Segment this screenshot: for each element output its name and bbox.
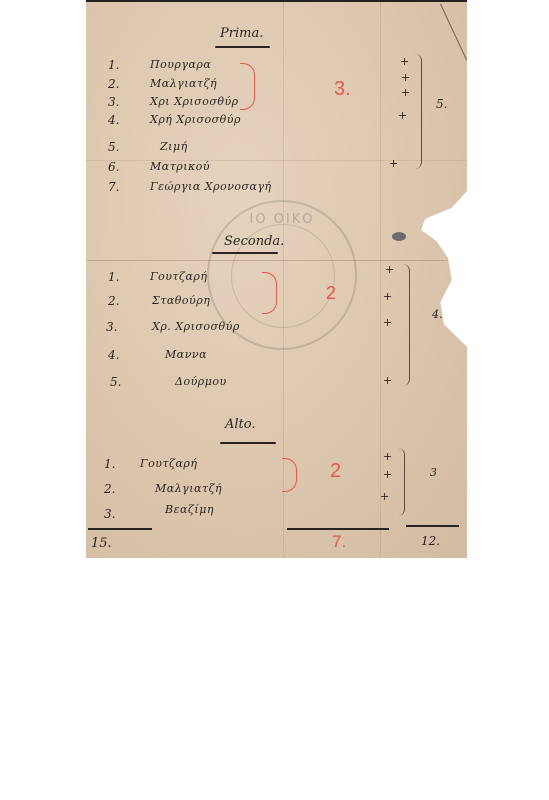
fold-line <box>380 2 381 558</box>
red-bracket <box>282 458 297 492</box>
red-bracket <box>240 63 255 110</box>
item-name: Πουργαρα <box>150 58 211 71</box>
item-number: 5. <box>108 140 119 154</box>
cross-mark: + <box>398 109 407 122</box>
red-count: 2 <box>330 460 341 483</box>
ink-bracket <box>403 264 410 386</box>
item-number: 2. <box>108 77 119 91</box>
cross-mark: + <box>383 290 392 303</box>
total-rule <box>88 528 152 530</box>
total-rule <box>406 525 459 527</box>
item-name: Μαλγιατζή <box>155 482 222 495</box>
item-name: Σταθούρη <box>152 294 210 307</box>
red-bracket <box>262 272 277 314</box>
item-number: 4. <box>108 113 119 127</box>
item-number: 3. <box>108 95 119 109</box>
item-name: Βεαζίμη <box>165 503 214 516</box>
item-number: 2. <box>108 294 119 308</box>
fold-line <box>86 160 467 161</box>
section-title-seconda: Seconda. <box>224 234 284 249</box>
ink-bracket <box>415 54 422 169</box>
total-right: 12. <box>421 534 440 548</box>
red-count: 2 <box>326 283 336 304</box>
item-name: Ζιμή <box>160 140 188 153</box>
item-name: Γεώργια Χρονοσαγή <box>150 180 272 193</box>
item-number: 3. <box>106 320 117 334</box>
cross-mark: + <box>383 468 392 481</box>
item-name: Γουτζαρή <box>140 457 197 470</box>
item-number: 4. <box>108 348 119 362</box>
item-name: Χρι Χρισοσθύρ <box>150 95 239 108</box>
item-number: 3. <box>104 507 115 521</box>
total-left: 15. <box>91 536 112 551</box>
title-underline <box>215 46 270 48</box>
item-name: Χρή Χρισοσθύρ <box>150 113 241 126</box>
item-name: Γουτζαρή <box>150 270 207 283</box>
cross-mark: + <box>401 71 410 84</box>
item-name: Μαννα <box>165 348 207 361</box>
ink-bracket <box>398 448 405 516</box>
total-rule <box>287 528 389 530</box>
red-count: 3. <box>334 78 351 101</box>
cross-mark: + <box>383 316 392 329</box>
title-underline <box>220 442 276 444</box>
item-number: 6. <box>108 160 119 174</box>
item-number: 1. <box>108 58 119 72</box>
item-number: 5. <box>110 375 121 389</box>
cross-mark: + <box>383 450 392 463</box>
total-middle: 7. <box>332 532 346 552</box>
section-count: 3 <box>430 466 437 479</box>
item-number: 1. <box>104 457 115 471</box>
cross-mark: + <box>385 263 394 276</box>
cross-mark: + <box>383 374 392 387</box>
item-name: Δούρμου <box>175 375 227 388</box>
cross-mark: + <box>389 157 398 170</box>
item-name: Μαλγιατζή <box>150 77 217 90</box>
item-number: 7. <box>108 180 119 194</box>
section-title-prima: Prima. <box>220 26 263 41</box>
section-count: 4. <box>432 308 443 321</box>
title-underline <box>212 252 278 254</box>
item-number: 2. <box>104 482 115 496</box>
section-title-alto: Alto. <box>225 417 256 432</box>
cross-mark: + <box>401 86 410 99</box>
section-count: 5. <box>436 97 447 111</box>
item-name: Ματρικού <box>150 160 210 173</box>
item-number: 1. <box>108 270 119 284</box>
torn-hole <box>392 232 406 241</box>
cross-mark: + <box>380 490 389 503</box>
item-name: Χρ. Χρισοσθύρ <box>152 320 240 333</box>
cross-mark: + <box>400 55 409 68</box>
